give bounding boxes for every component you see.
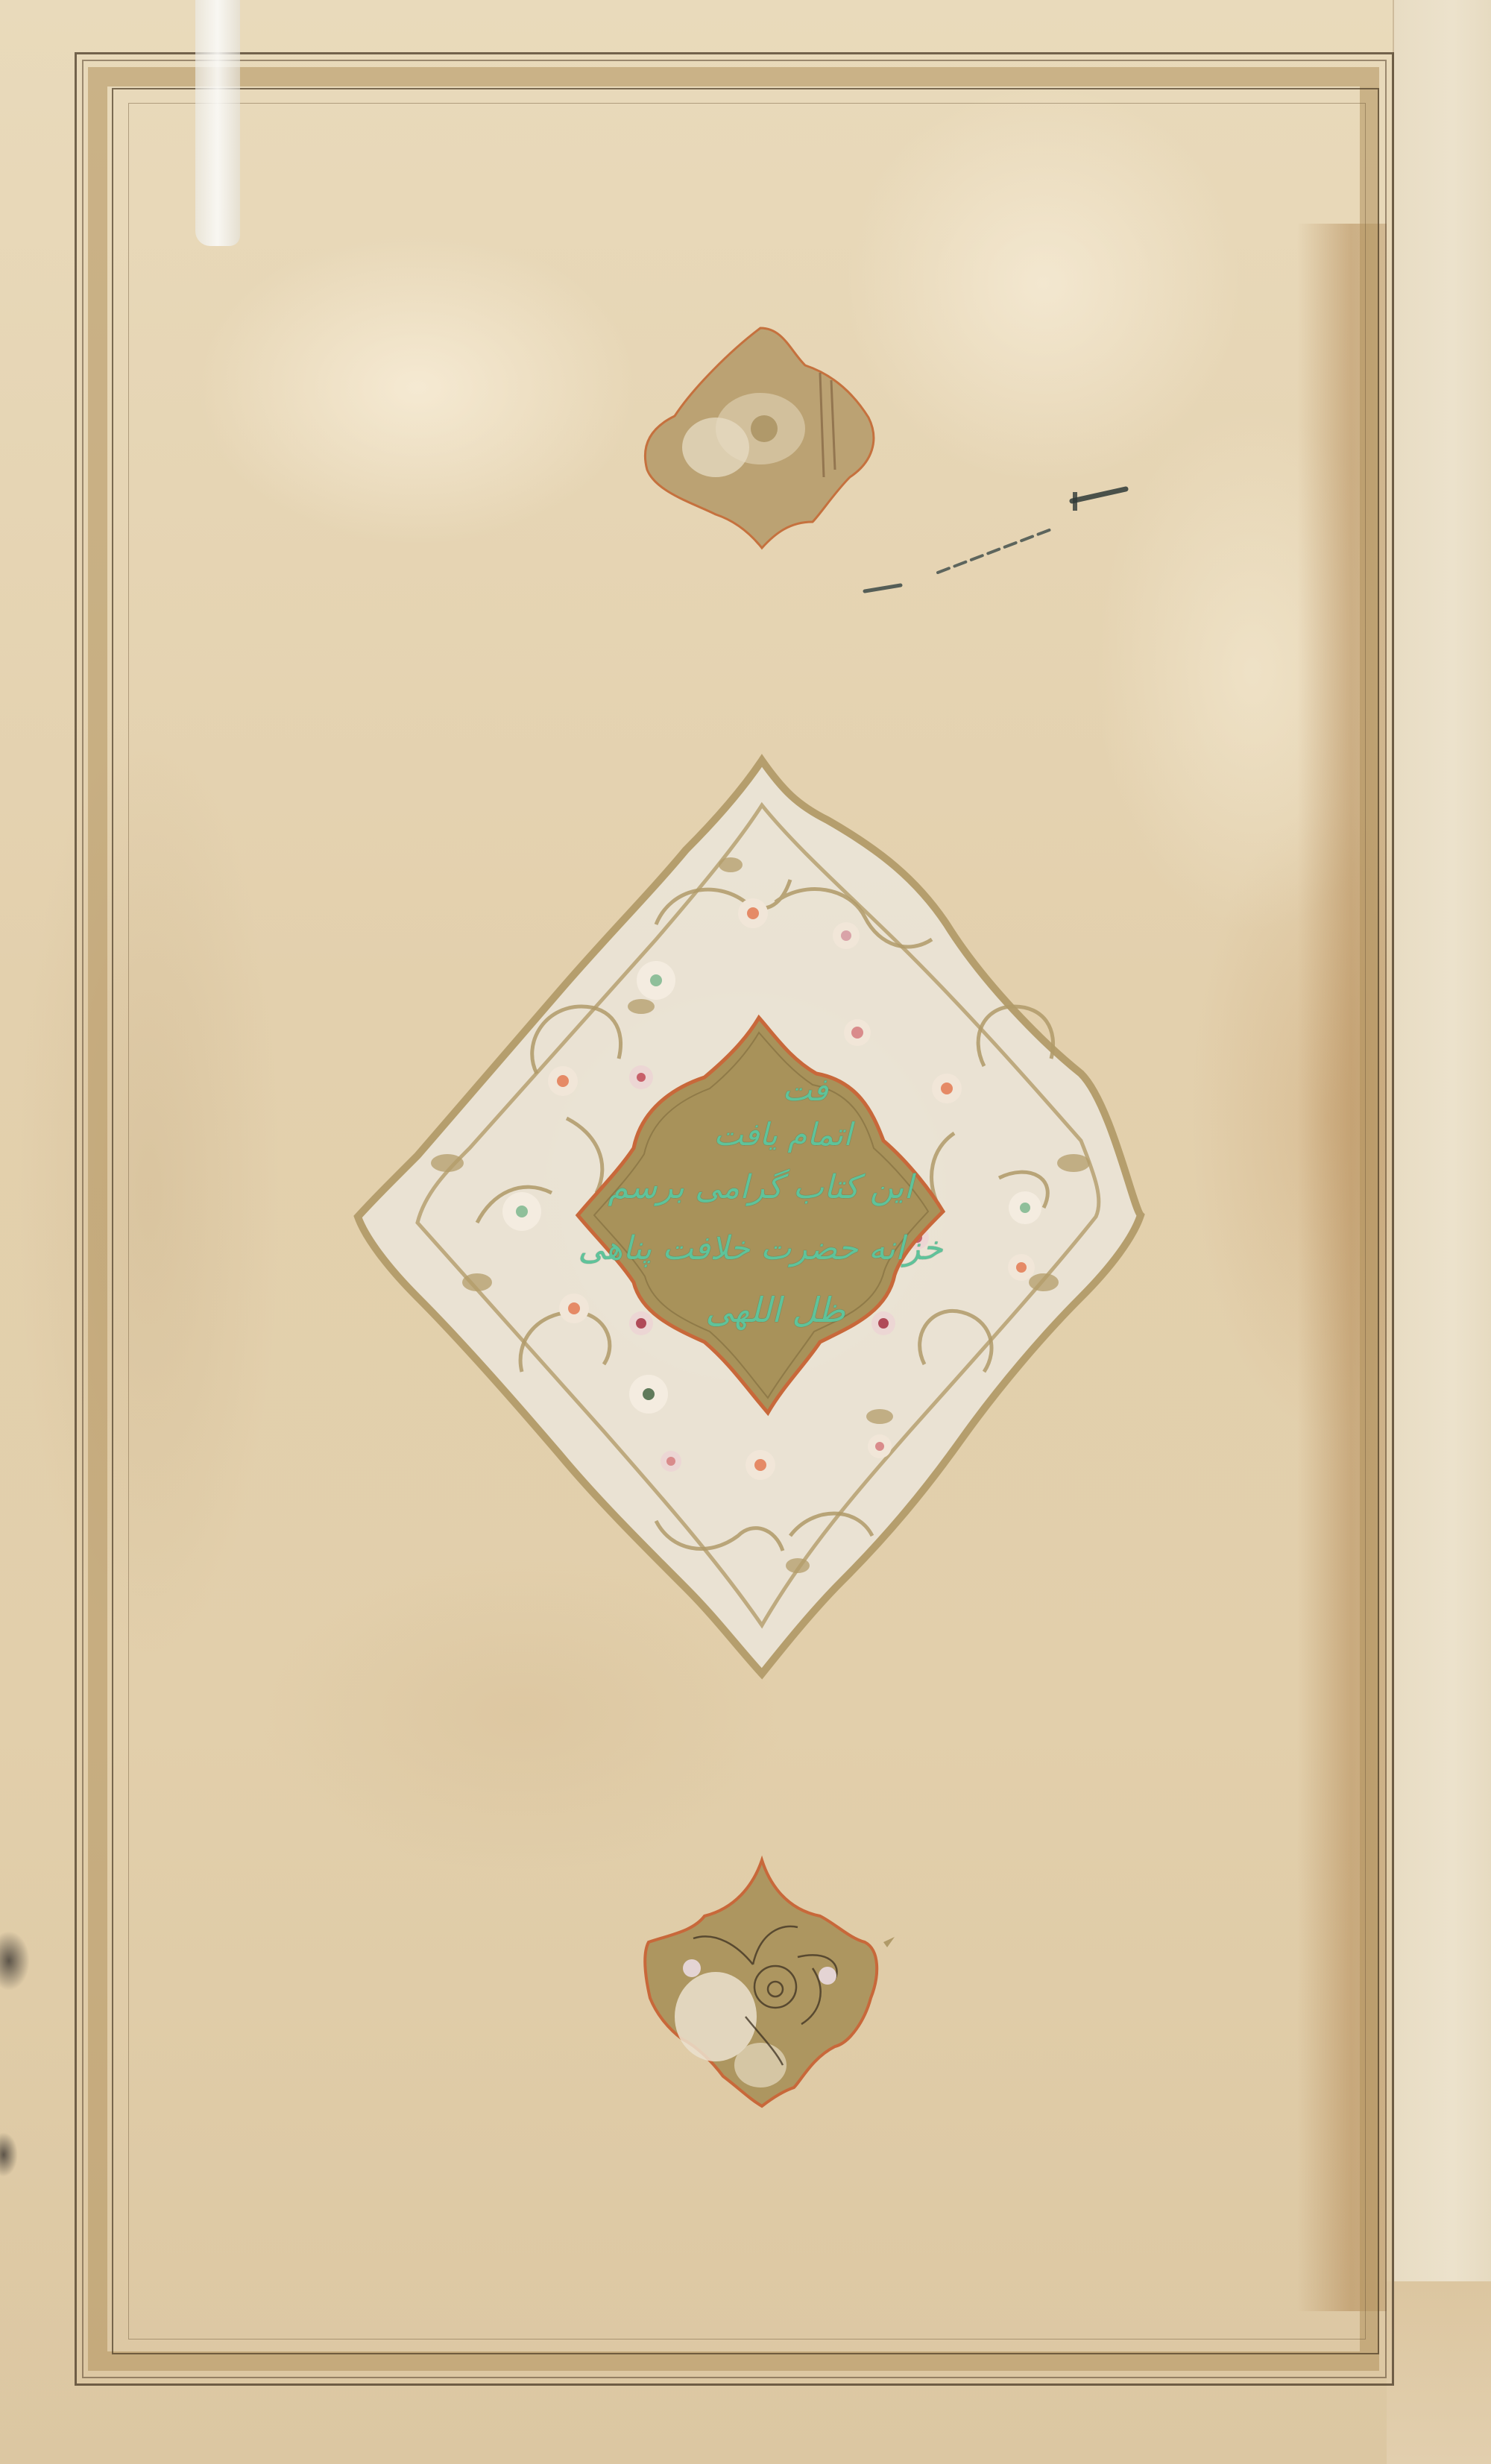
inscription-line: این کتاب گرامی برسم xyxy=(608,1157,912,1218)
bottom-finial-ornament xyxy=(645,1860,895,2106)
manuscript-page: فت اتمام یافت این کتاب گرامی برسم خزانه … xyxy=(0,0,1491,2464)
inscription-line: خزانه حضرت خلافت پناهی xyxy=(578,1218,942,1279)
inscription-line: فت xyxy=(782,1068,828,1112)
top-finial-ornament xyxy=(645,328,873,548)
inscription-line: اتمام یافت xyxy=(713,1112,852,1157)
cartouche-inscription: فت اتمام یافت این کتاب گرامی برسم خزانه … xyxy=(589,1040,932,1368)
ink-stroke xyxy=(865,489,1126,591)
inscription-line: ظل اللهی xyxy=(705,1279,845,1340)
